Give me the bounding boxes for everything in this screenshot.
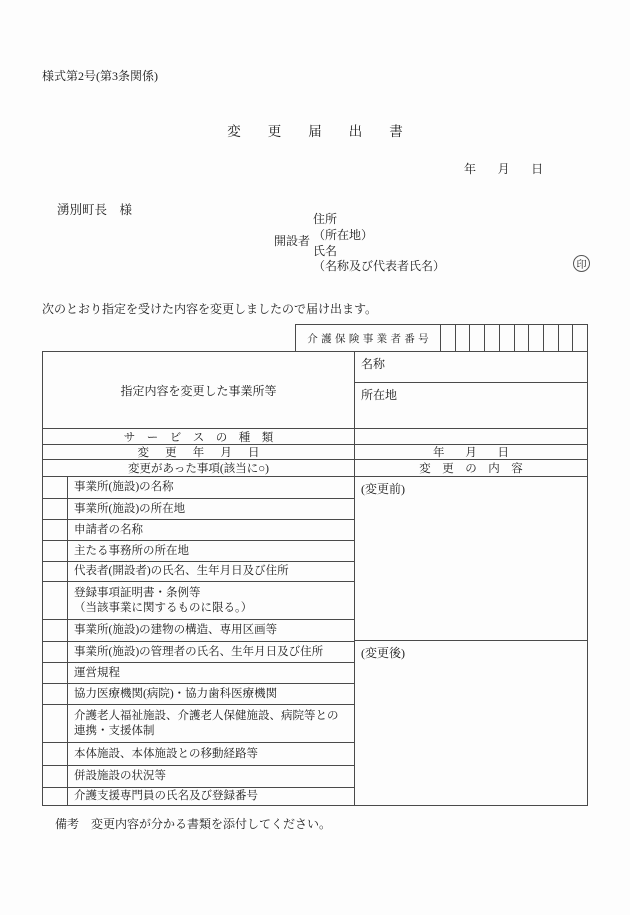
change-content-header: 変更の内容 [354,460,587,476]
change-item-row: 事業所(施設)の管理者の氏名、生年月日及び住所 [43,641,354,662]
item-label: 本体施設、本体施設との移動経路等 [68,743,354,765]
change-item-row: 事業所(施設)の建物の構造、専用区画等 [43,619,354,641]
item-label: 併設施設の状況等 [68,766,354,787]
change-notification-table: 指定内容を変更した事業所等 名称 所在地 サービスの種類 変更年月日 年 月 日… [42,351,588,806]
change-date-row: 変更年月日 年 月 日 [43,444,587,459]
form-number: 様式第2号(第3条関係) [42,67,158,84]
item-label: 介護支援専門員の氏名及び登録番号 [68,788,354,805]
insurer-digit-cell [469,325,484,351]
item-check-cell [43,788,68,805]
service-type-row: サービスの種類 [43,428,587,444]
changed-items-header: 変更があった事項(該当に○) [43,460,354,476]
office-name-cell: 名称 [355,352,587,383]
column-header-row: 変更があった事項(該当に○) 変更の内容 [43,459,587,476]
item-label: 運営規程 [68,663,354,683]
item-check-cell [43,705,68,742]
item-check-cell [43,663,68,683]
item-label: 主たる事務所の所在地 [68,541,354,561]
items-and-content-row: 事業所(施設)の名称 事業所(施設)の所在地 申請者の名称 主たる事務所の所在地… [43,476,587,805]
intro-sentence: 次のとおり指定を受けた内容を変更しましたので届け出ます。 [42,300,377,317]
before-change-cell: (変更前) [355,477,587,641]
change-content-column: (変更前) (変更後) [354,477,587,805]
item-check-cell [43,642,68,662]
form-document-page: 様式第2号(第3条関係) 変更届出書 年 月 日 湧別町長 様 開設者 住所 （… [0,0,630,915]
insurer-digit-cell [514,325,529,351]
insurer-digit-cell [441,325,455,351]
insurer-digit-cell [558,325,573,351]
applicant-name-sublabel: （名称及び代表者氏名） [313,259,445,275]
insurer-digit-cell [499,325,514,351]
item-check-cell [43,684,68,704]
applicant-address-label: 住所 [313,212,445,228]
item-label: 登録事項証明書・条例等 （当該事業に関するものに限る。） [68,582,354,619]
office-row: 指定内容を変更した事業所等 名称 所在地 [43,352,587,428]
insurer-digit-cell [484,325,499,351]
item-label: 事業所(施設)の建物の構造、専用区画等 [68,620,354,641]
item-label: 介護老人福祉施設、介護老人保健施設、病院等との 連携・支援体制 [68,705,354,742]
item-label: 事業所(施設)の名称 [68,477,354,498]
insurer-digit-cell [528,325,543,351]
item-check-cell [43,477,68,498]
item-check-cell [43,499,68,519]
item-check-cell [43,743,68,765]
item-label: 事業所(施設)の管理者の氏名、生年月日及び住所 [68,642,354,662]
office-location-cell: 所在地 [355,383,587,428]
insurer-digit-cell [572,325,587,351]
changed-items-list: 事業所(施設)の名称 事業所(施設)の所在地 申請者の名称 主たる事務所の所在地… [43,477,354,805]
item-label: 協力医療機関(病院)・協力歯科医療機関 [68,684,354,704]
change-item-row: 介護老人福祉施設、介護老人保健施設、病院等との 連携・支援体制 [43,704,354,742]
item-label: 事業所(施設)の所在地 [68,499,354,519]
office-detail-cells: 名称 所在地 [354,352,587,428]
change-item-row: 併設施設の状況等 [43,765,354,787]
seal-mark-label: 印 [577,256,587,271]
change-date-label: 変更年月日 [43,445,354,459]
office-section-label: 指定内容を変更した事業所等 [43,352,354,428]
addressee: 湧別町長 様 [57,200,132,218]
item-label: 申請者の名称 [68,520,354,540]
seal-mark-icon: 印 [573,255,590,272]
item-check-cell [43,520,68,540]
change-item-row: 協力医療機関(病院)・協力歯科医療機関 [43,683,354,704]
submission-date-line: 年 月 日 [464,160,548,177]
change-item-row: 本体施設、本体施設との移動経路等 [43,742,354,765]
insurer-number-digit-cells [441,325,587,351]
applicant-role-label: 開設者 [274,232,310,249]
item-check-cell [43,562,68,581]
insurer-digit-cell [543,325,558,351]
applicant-fields: 住所 （所在地） 氏名 （名称及び代表者氏名） [313,212,445,275]
change-item-row: 事業所(施設)の所在地 [43,498,354,519]
item-check-cell [43,582,68,619]
item-check-cell [43,541,68,561]
page-title: 変更届出書 [0,120,630,140]
change-item-row: 主たる事務所の所在地 [43,540,354,561]
service-type-value-cell [354,429,587,444]
service-type-label: サービスの種類 [43,429,354,444]
applicant-name-label: 氏名 [313,244,445,260]
change-item-row: 介護支援専門員の氏名及び登録番号 [43,787,354,805]
change-item-row: 申請者の名称 [43,519,354,540]
item-label: 代表者(開設者)の氏名、生年月日及び住所 [68,562,354,581]
insurer-number-label: 介護保険事業者番号 [296,325,441,351]
item-check-cell [43,766,68,787]
remarks-note: 備考 変更内容が分かる書類を添付してください。 [55,815,331,832]
change-item-row: 運営規程 [43,662,354,683]
item-check-cell [43,620,68,641]
change-item-row: 登録事項証明書・条例等 （当該事業に関するものに限る。） [43,581,354,619]
after-change-cell: (変更後) [355,641,587,805]
insurer-digit-cell [455,325,470,351]
change-item-row: 代表者(開設者)の氏名、生年月日及び住所 [43,561,354,581]
applicant-address-sublabel: （所在地） [313,228,445,244]
change-date-value-cell: 年 月 日 [354,445,587,459]
insurer-number-box: 介護保険事業者番号 [295,324,588,352]
change-item-row: 事業所(施設)の名称 [43,477,354,498]
